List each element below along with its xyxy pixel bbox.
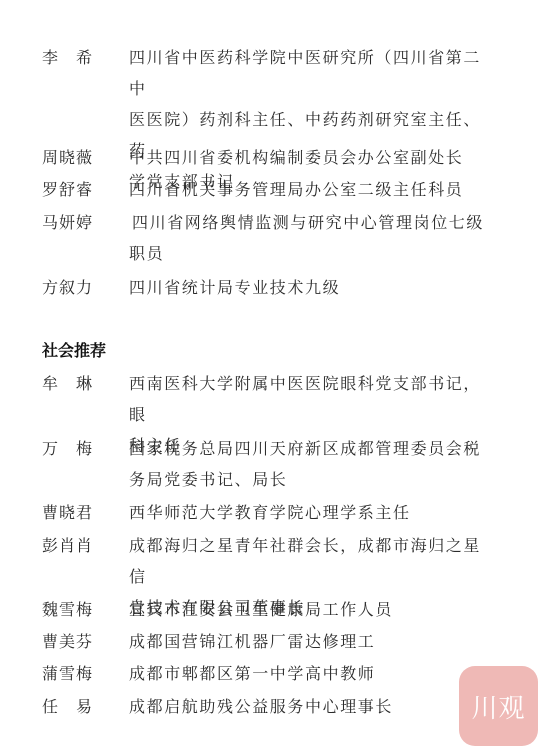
section-title: 社会推荐 bbox=[42, 339, 106, 363]
person-name: 彭肖肖 bbox=[42, 530, 122, 561]
person-name: 方叙力 bbox=[42, 272, 122, 303]
person-name: 罗舒睿 bbox=[42, 174, 122, 205]
person-name: 马妍婷 bbox=[42, 207, 122, 238]
person-name: 魏雪梅 bbox=[42, 594, 122, 625]
person-name: 曹美芬 bbox=[42, 626, 122, 657]
person-description: 国家税务总局四川天府新区成都管理委员会税 务局党委书记、局长 bbox=[129, 433, 497, 495]
person-name: 周晓薇 bbox=[42, 142, 122, 173]
person-description: 西华师范大学教育学院心理学系主任 bbox=[129, 497, 497, 528]
person-name: 任 易 bbox=[42, 691, 122, 722]
person-description: 中共四川省委机构编制委员会办公室副处长 bbox=[129, 142, 497, 173]
person-description: 四川省机关事务管理局办公室二级主任科员 bbox=[129, 174, 497, 205]
person-description: 成都启航助残公益服务中心理事长 bbox=[129, 691, 497, 722]
person-name: 万 梅 bbox=[42, 433, 122, 464]
person-description: 四川省统计局专业技术九级 bbox=[129, 272, 497, 303]
person-description: 成都国营锦江机器厂雷达修理工 bbox=[129, 626, 497, 657]
chuanguan-watermark-logo: 川观 bbox=[459, 666, 538, 746]
person-name: 牟 琳 bbox=[42, 368, 122, 399]
person-name: 蒲雪梅 bbox=[42, 658, 122, 689]
person-description: 宜宾市江安县卫生健康局工作人员 bbox=[129, 594, 497, 625]
person-description: 四川省网络舆情监测与研究中心管理岗位七级 职员 bbox=[132, 207, 500, 269]
watermark-text: 川观 bbox=[471, 688, 525, 725]
person-description: 成都市郫都区第一中学高中教师 bbox=[129, 658, 497, 689]
document-page: 李 希 四川省中医药科学院中医研究所（四川省第二中 医医院）药剂科主任、中药药剂… bbox=[0, 0, 551, 756]
person-name: 曹晓君 bbox=[42, 497, 122, 528]
person-name: 李 希 bbox=[42, 42, 122, 73]
